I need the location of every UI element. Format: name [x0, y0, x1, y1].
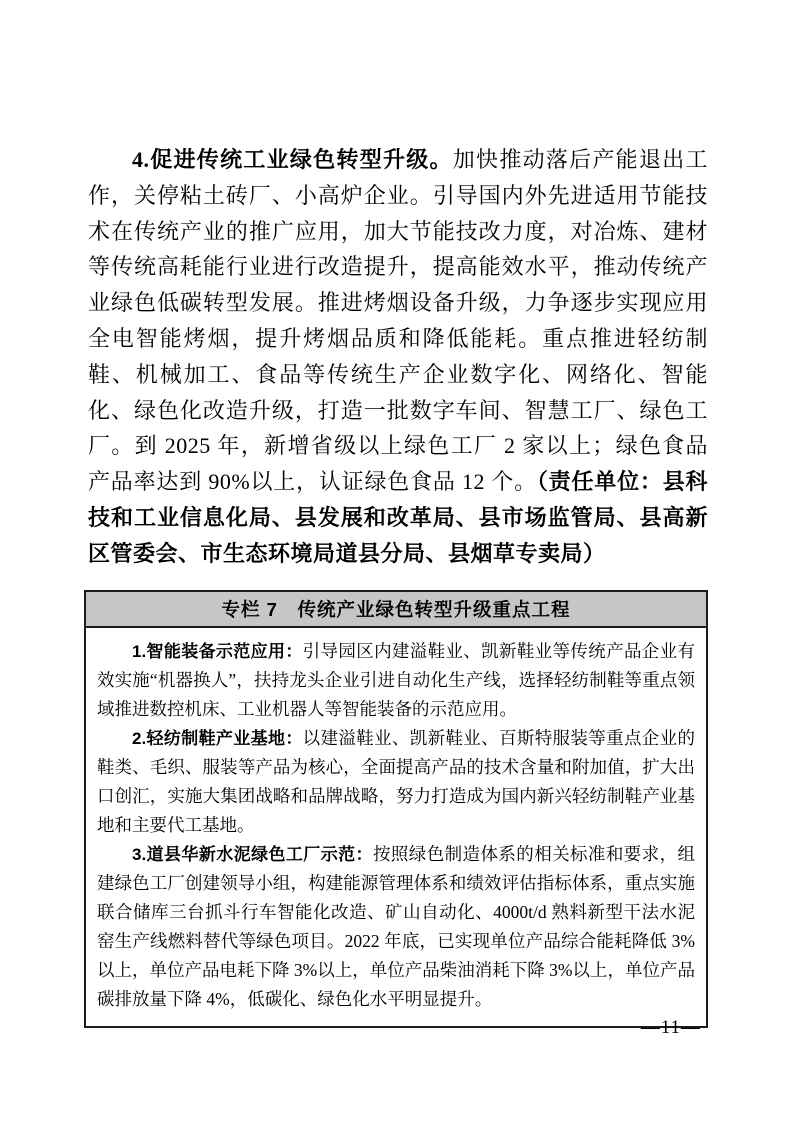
- document-page: 4.促进传统工业绿色转型升级。加快推动落后产能退出工作，关停粘土砖厂、小高炉企业…: [0, 0, 793, 1122]
- panel-item-1: 1.智能装备示范应用：引导园区内建溢鞋业、凯新鞋业等传统产品企业有效实施“机器换…: [97, 637, 695, 724]
- panel-body: 1.智能装备示范应用：引导园区内建溢鞋业、凯新鞋业等传统产品企业有效实施“机器换…: [86, 628, 706, 1026]
- column-7-panel: 专栏 7 传统产业绿色转型升级重点工程 1.智能装备示范应用：引导园区内建溢鞋业…: [84, 590, 708, 1028]
- panel-item-3: 3.道县华新水泥绿色工厂示范：按照绿色制造体系的相关标准和要求，组建绿色工厂创建…: [97, 840, 695, 1014]
- panel-item-3-label: 3.道县华新水泥绿色工厂示范：: [132, 845, 373, 864]
- page-number: —11—: [641, 1017, 701, 1039]
- panel-item-2-label: 2.轻纺制鞋产业基地：: [132, 729, 303, 748]
- main-paragraph: 4.促进传统工业绿色转型升级。加快推动落后产能退出工作，关停粘土砖厂、小高炉企业…: [88, 142, 708, 572]
- panel-item-1-label: 1.智能装备示范应用：: [132, 642, 303, 661]
- paragraph-lead-bold: 4.促进传统工业绿色转型升级。: [132, 147, 453, 172]
- panel-header: 专栏 7 传统产业绿色转型升级重点工程: [86, 592, 706, 628]
- panel-title: 专栏 7 传统产业绿色转型升级重点工程: [222, 596, 571, 622]
- panel-item-3-text: 按照绿色制造体系的相关标准和要求，组建绿色工厂创建领导小组，构建能源管理体系和绩…: [97, 844, 695, 1009]
- panel-item-2: 2.轻纺制鞋产业基地：以建溢鞋业、凯新鞋业、百斯特服装等重点企业的鞋类、毛织、服…: [97, 724, 695, 840]
- paragraph-body-text: 加快推动落后产能退出工作，关停粘土砖厂、小高炉企业。引导国内外先进适用节能技术在…: [88, 147, 708, 494]
